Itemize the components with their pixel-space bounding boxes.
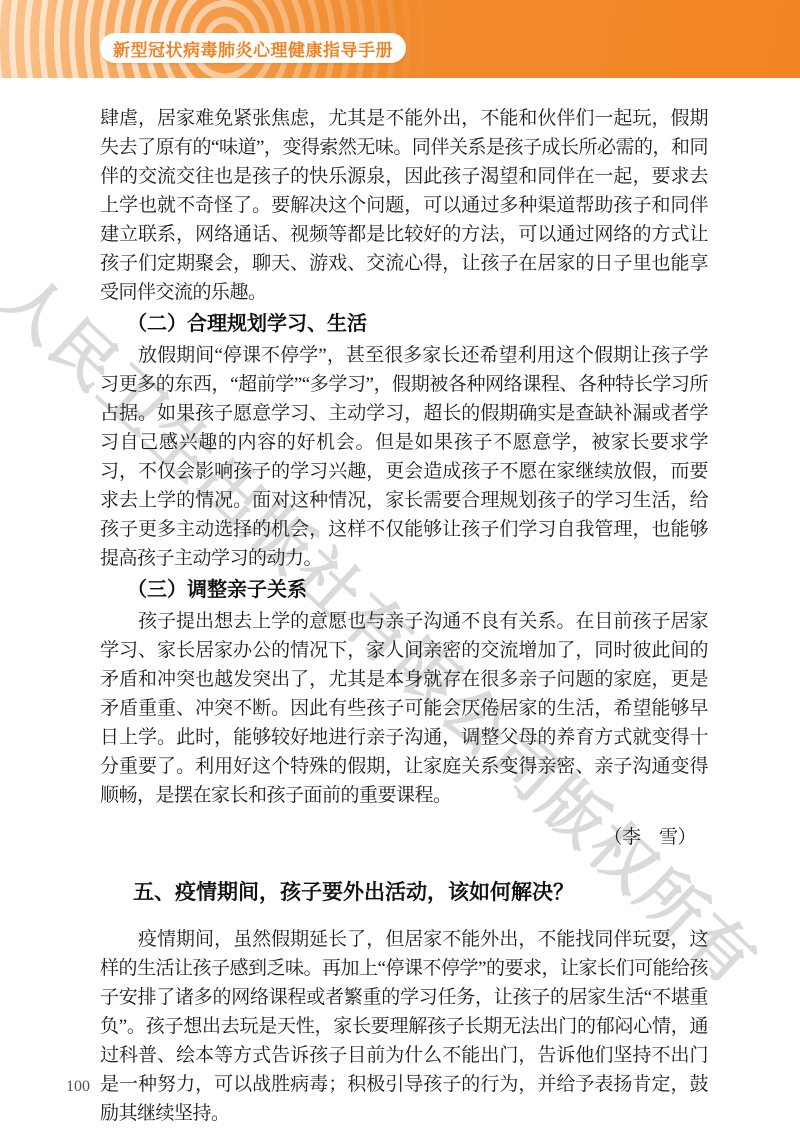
subsection-heading-2: （二）合理规划学习、生活: [100, 310, 708, 339]
header-band: 新型冠状病毒肺炎心理健康指导手册: [0, 0, 800, 78]
author-attribution: （李 雪）: [100, 823, 708, 852]
manual-title-badge: 新型冠状病毒肺炎心理健康指导手册: [100, 33, 406, 63]
paragraph-outdoor-activity: 疫情期间，虽然假期延长了，但居家不能外出，不能找同伴玩耍，这样的生活让孩子感到乏…: [100, 925, 708, 1128]
page-number: 100: [66, 1078, 90, 1096]
section-five-heading: 五、疫情期间，孩子要外出活动，该如何解决？: [100, 878, 708, 908]
paragraph-study-planning: 放假期间“停课不停学”，甚至很多家长还希望利用这个假期让孩子学习更多的东西，“超…: [100, 341, 708, 573]
paragraph-peer-relations: 肆虐，居家难免紧张焦虑，尤其是不能外出，不能和伙伴们一起玩，假期失去了原有的“味…: [100, 104, 708, 307]
subsection-heading-3: （三）调整亲子关系: [100, 576, 708, 605]
paragraph-parent-child: 孩子提出想去上学的意愿也与亲子沟通不良有关系。在目前孩子居家学习、家长居家办公的…: [100, 607, 708, 810]
page-body: 肆虐，居家难免紧张焦虑，尤其是不能外出，不能和伙伴们一起玩，假期失去了原有的“味…: [100, 104, 708, 1128]
manual-title-text: 新型冠状病毒肺炎心理健康指导手册: [113, 36, 393, 61]
book-page: 新型冠状病毒肺炎心理健康指导手册 人民卫生出版社有限公司版权所有 肆虐，居家难免…: [0, 0, 800, 1140]
